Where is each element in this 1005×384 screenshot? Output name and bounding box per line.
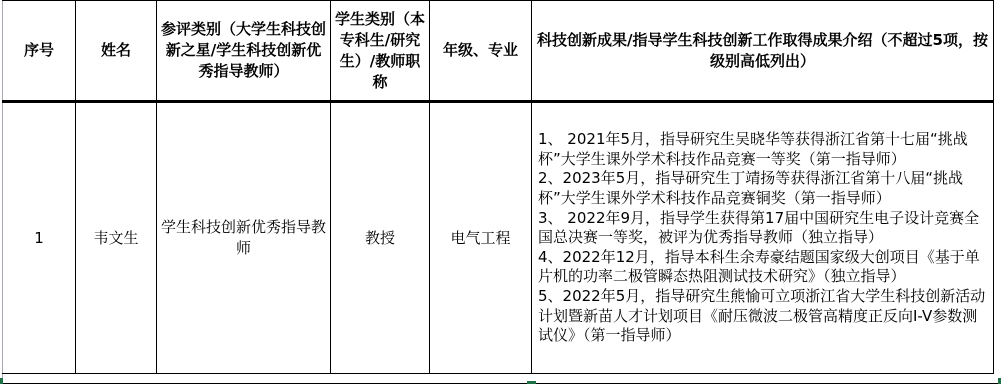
cell-category[interactable]: 学生科技创新优秀指导教师 [157, 102, 331, 374]
selection-marker-right [998, 378, 1001, 384]
achievement-item: 4、2022年12月，指导本科生余寿豪结题国家级大创项目《基于单片机的功率二极管… [538, 248, 988, 287]
cell-title[interactable]: 教授 [331, 102, 430, 374]
header-cell-serial[interactable]: 序号 [3, 1, 76, 102]
table-row: 1 韦文生 学生科技创新优秀指导教师 教授 电气工程 1、 2021年5月，指导… [3, 102, 994, 374]
header-row: 序号 姓名 参评类别（大学生科技创新之星/学生科技创新优秀指导教师） 学生类别（… [3, 1, 994, 102]
header-cell-achievements[interactable]: 科技创新成果/指导学生科技创新工作取得成果介绍（不超过5项，按级别高低列出） [532, 1, 994, 102]
spreadsheet-viewport: 序号 姓名 参评类别（大学生科技创新之星/学生科技创新优秀指导教师） 学生类别（… [0, 0, 1005, 384]
header-cell-name[interactable]: 姓名 [76, 1, 157, 102]
cell-name[interactable]: 韦文生 [76, 102, 157, 374]
achievement-item: 3、 2022年9月，指导学生获得第17届中国研究生电子设计竞赛全国总决赛一等奖… [538, 209, 988, 248]
achievement-item: 2、2023年5月，指导研究生丁靖扬等获得浙江省第十八届“挑战杯”大学生课外学术… [538, 169, 988, 208]
header-cell-grade-major[interactable]: 年级、专业 [430, 1, 532, 102]
cell-achievements[interactable]: 1、 2021年5月，指导研究生吴晓华等获得浙江省第十七届“挑战杯”大学生课外学… [532, 102, 994, 374]
award-results-table: 序号 姓名 参评类别（大学生科技创新之星/学生科技创新优秀指导教师） 学生类别（… [2, 0, 994, 374]
cell-serial[interactable]: 1 [3, 102, 76, 374]
selection-marker-left [0, 378, 3, 384]
achievement-item: 5、2022年5月，指导研究生熊愉可立项浙江省大学生科技创新活动计划暨新苗人才计… [538, 287, 988, 346]
header-cell-category[interactable]: 参评类别（大学生科技创新之星/学生科技创新优秀指导教师） [157, 1, 331, 102]
cell-grade-major[interactable]: 电气工程 [430, 102, 532, 374]
achievement-item: 1、 2021年5月，指导研究生吴晓华等获得浙江省第十七届“挑战杯”大学生课外学… [538, 130, 988, 169]
header-cell-student-type[interactable]: 学生类别（本专科生/研究生）/教师职称 [331, 1, 430, 102]
